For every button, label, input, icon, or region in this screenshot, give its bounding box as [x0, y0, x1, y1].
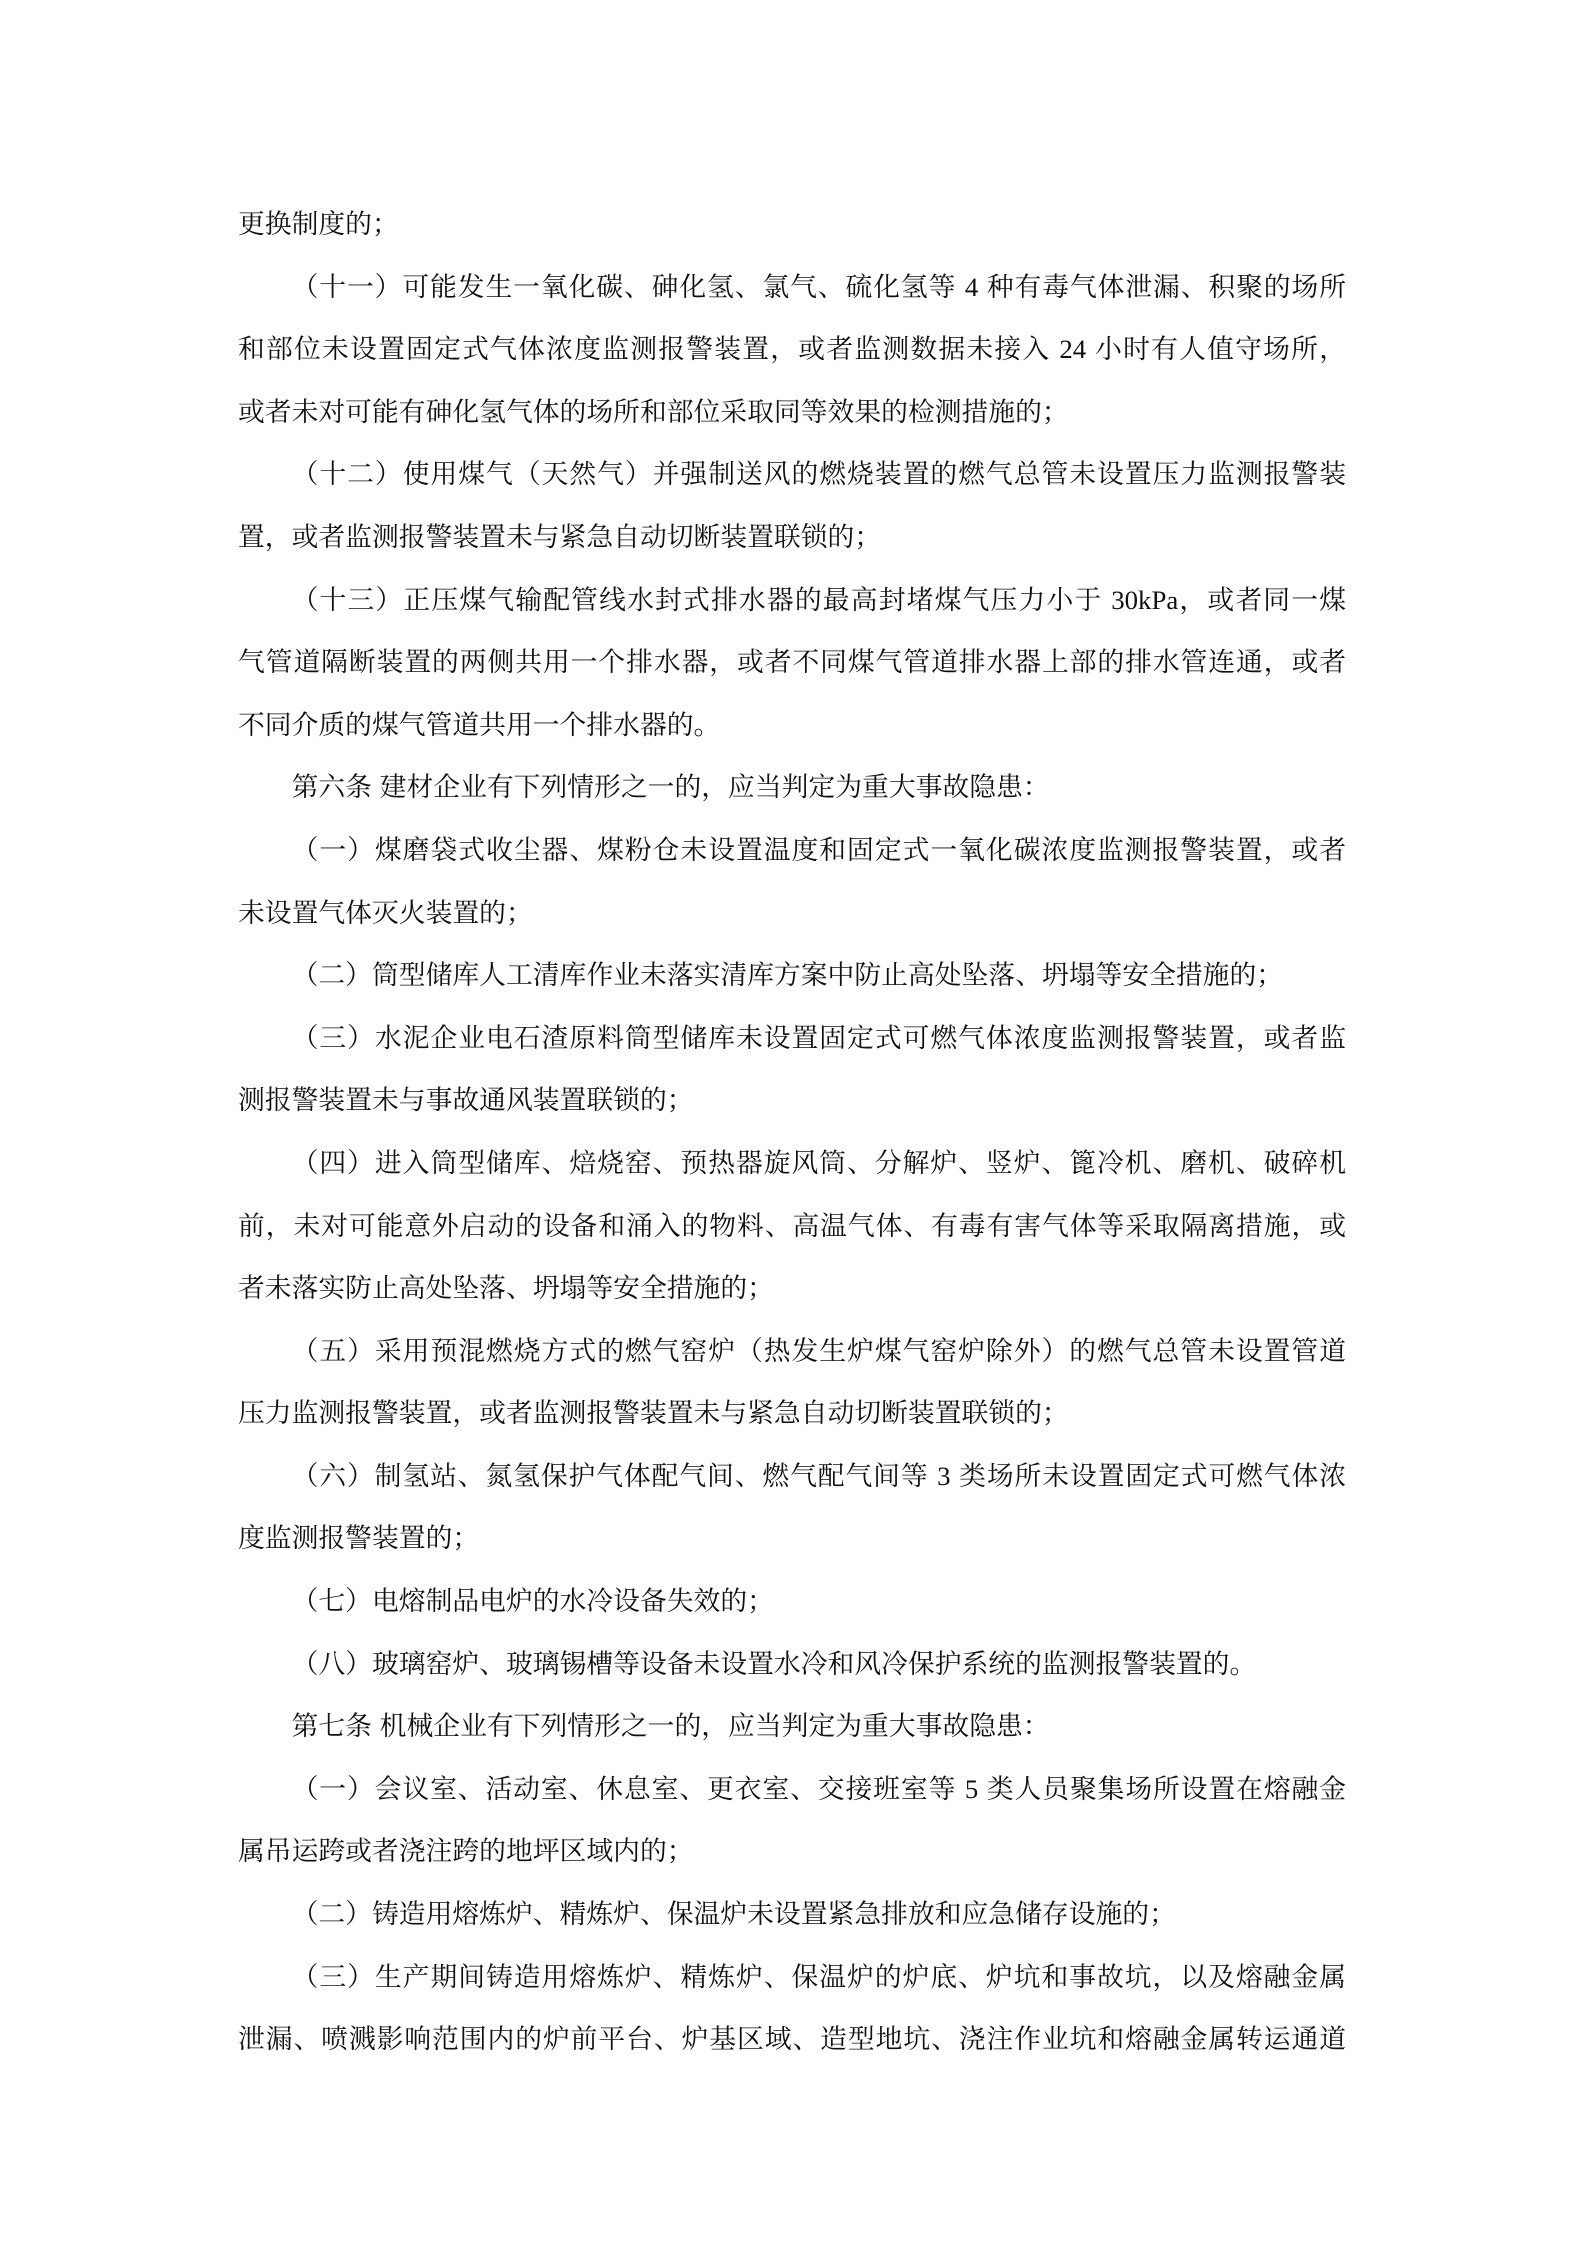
text-line: （二）铸造用熔炼炉、精炼炉、保温炉未设置紧急排放和应急储存设施的；: [238, 1883, 1346, 1946]
text-line: （三）水泥企业电石渣原料筒型储库未设置固定式可燃气体浓度监测报警装置，或者监: [238, 1007, 1346, 1070]
paragraph: （四）进入筒型储库、焙烧窑、预热器旋风筒、分解炉、竖炉、篦冷机、磨机、破碎机前，…: [238, 1132, 1346, 1320]
text-line: 未设置气体灭火装置的；: [238, 882, 1346, 945]
paragraph: （十二）使用煤气（天然气）并强制送风的燃烧装置的燃气总管未设置压力监测报警装置，…: [238, 443, 1346, 568]
text-line: （三）生产期间铸造用熔炼炉、精炼炉、保温炉的炉底、炉坑和事故坑，以及熔融金属: [238, 1946, 1346, 2009]
text-line: （十三）正压煤气输配管线水封式排水器的最高封堵煤气压力小于 30kPa，或者同一…: [238, 569, 1346, 632]
text-line: （五）采用预混燃烧方式的燃气窑炉（热发生炉煤气窑炉除外）的燃气总管未设置管道: [238, 1320, 1346, 1383]
paragraph: （二）铸造用熔炼炉、精炼炉、保温炉未设置紧急排放和应急储存设施的；: [238, 1883, 1346, 1946]
paragraph: （一）会议室、活动室、休息室、更衣室、交接班室等 5 类人员聚集场所设置在熔融金…: [238, 1758, 1346, 1883]
text-line: 第七条 机械企业有下列情形之一的，应当判定为重大事故隐患：: [238, 1695, 1346, 1758]
text-line: （十一）可能发生一氧化碳、砷化氢、氯气、硫化氢等 4 种有毒气体泄漏、积聚的场所: [238, 256, 1346, 319]
paragraph: 第七条 机械企业有下列情形之一的，应当判定为重大事故隐患：: [238, 1695, 1346, 1758]
text-line: 压力监测报警装置，或者监测报警装置未与紧急自动切断装置联锁的；: [238, 1382, 1346, 1445]
text-line: （二）筒型储库人工清库作业未落实清库方案中防止高处坠落、坍塌等安全措施的；: [238, 944, 1346, 1007]
text-line: 泄漏、喷溅影响范围内的炉前平台、炉基区域、造型地坑、浇注作业坑和熔融金属转运通道: [238, 2008, 1346, 2071]
document-page: 更换制度的；（十一）可能发生一氧化碳、砷化氢、氯气、硫化氢等 4 种有毒气体泄漏…: [0, 0, 1587, 2245]
paragraph: （一）煤磨袋式收尘器、煤粉仓未设置温度和固定式一氧化碳浓度监测报警装置，或者未设…: [238, 819, 1346, 944]
paragraph: （七）电熔制品电炉的水冷设备失效的；: [238, 1570, 1346, 1633]
paragraph: （六）制氢站、氮氢保护气体配气间、燃气配气间等 3 类场所未设置固定式可燃气体浓…: [238, 1445, 1346, 1570]
text-line: （四）进入筒型储库、焙烧窑、预热器旋风筒、分解炉、竖炉、篦冷机、磨机、破碎机: [238, 1132, 1346, 1195]
text-line: 者未落实防止高处坠落、坍塌等安全措施的；: [238, 1257, 1346, 1320]
paragraph: （三）生产期间铸造用熔炼炉、精炼炉、保温炉的炉底、炉坑和事故坑，以及熔融金属泄漏…: [238, 1946, 1346, 2071]
text-line: 第六条 建材企业有下列情形之一的，应当判定为重大事故隐患：: [238, 756, 1346, 819]
text-line: （十二）使用煤气（天然气）并强制送风的燃烧装置的燃气总管未设置压力监测报警装: [238, 443, 1346, 506]
paragraph: 更换制度的；: [238, 193, 1346, 256]
text-line: （一）会议室、活动室、休息室、更衣室、交接班室等 5 类人员聚集场所设置在熔融金: [238, 1758, 1346, 1821]
text-line: 度监测报警装置的；: [238, 1507, 1346, 1570]
text-line: 和部位未设置固定式气体浓度监测报警装置，或者监测数据未接入 24 小时有人值守场…: [238, 318, 1346, 381]
text-line: 测报警装置未与事故通风装置联锁的；: [238, 1069, 1346, 1132]
text-line: 更换制度的；: [238, 193, 1346, 256]
text-line: 属吊运跨或者浇注跨的地坪区域内的；: [238, 1820, 1346, 1883]
paragraph: 第六条 建材企业有下列情形之一的，应当判定为重大事故隐患：: [238, 756, 1346, 819]
text-line: （七）电熔制品电炉的水冷设备失效的；: [238, 1570, 1346, 1633]
document-body: 更换制度的；（十一）可能发生一氧化碳、砷化氢、氯气、硫化氢等 4 种有毒气体泄漏…: [238, 193, 1346, 2071]
paragraph: （二）筒型储库人工清库作业未落实清库方案中防止高处坠落、坍塌等安全措施的；: [238, 944, 1346, 1007]
text-line: （八）玻璃窑炉、玻璃锡槽等设备未设置水冷和风冷保护系统的监测报警装置的。: [238, 1633, 1346, 1696]
paragraph: （三）水泥企业电石渣原料筒型储库未设置固定式可燃气体浓度监测报警装置，或者监测报…: [238, 1007, 1346, 1132]
paragraph: （十一）可能发生一氧化碳、砷化氢、氯气、硫化氢等 4 种有毒气体泄漏、积聚的场所…: [238, 256, 1346, 444]
paragraph: （五）采用预混燃烧方式的燃气窑炉（热发生炉煤气窑炉除外）的燃气总管未设置管道压力…: [238, 1320, 1346, 1445]
text-line: 或者未对可能有砷化氢气体的场所和部位采取同等效果的检测措施的；: [238, 381, 1346, 444]
text-line: 不同介质的煤气管道共用一个排水器的。: [238, 694, 1346, 757]
paragraph: （十三）正压煤气输配管线水封式排水器的最高封堵煤气压力小于 30kPa，或者同一…: [238, 569, 1346, 757]
text-line: 气管道隔断装置的两侧共用一个排水器，或者不同煤气管道排水器上部的排水管连通，或者: [238, 631, 1346, 694]
text-line: （一）煤磨袋式收尘器、煤粉仓未设置温度和固定式一氧化碳浓度监测报警装置，或者: [238, 819, 1346, 882]
text-line: （六）制氢站、氮氢保护气体配气间、燃气配气间等 3 类场所未设置固定式可燃气体浓: [238, 1445, 1346, 1508]
text-line: 前，未对可能意外启动的设备和涌入的物料、高温气体、有毒有害气体等采取隔离措施，或: [238, 1195, 1346, 1258]
text-line: 置，或者监测报警装置未与紧急自动切断装置联锁的；: [238, 506, 1346, 569]
paragraph: （八）玻璃窑炉、玻璃锡槽等设备未设置水冷和风冷保护系统的监测报警装置的。: [238, 1633, 1346, 1696]
